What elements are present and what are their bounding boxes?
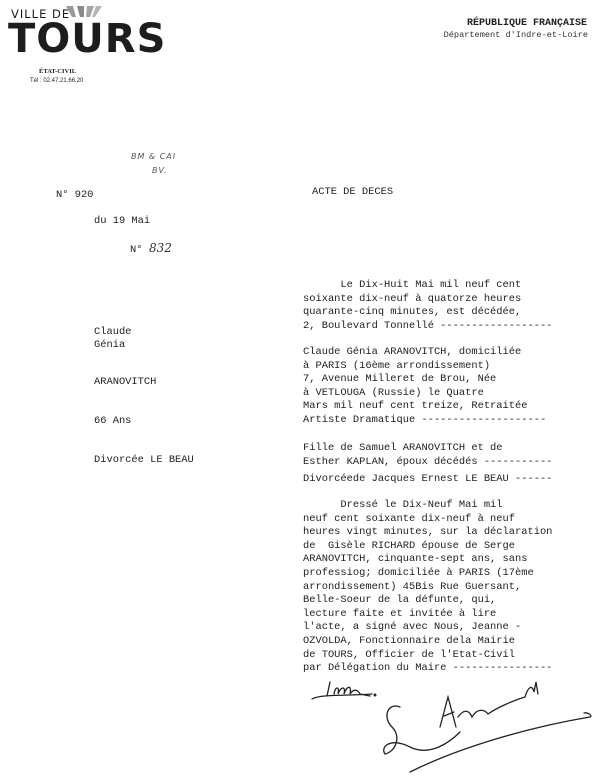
text-line: Artiste Dramatique -------------------- [303, 414, 600, 428]
declarant-signature [384, 682, 591, 772]
handwritten-note-2: BV. [152, 166, 168, 175]
text-line: de TOURS, Officier de l'Etat-Civil [303, 649, 600, 663]
text-line: soixante dix-neuf à quatorze heures [303, 293, 600, 307]
signatures [300, 672, 600, 779]
text-line: Divorcéede Jacques Ernest LE BEAU ------ [303, 473, 600, 487]
republic-heading: RÉPUBLIQUE FRANÇAISE [467, 18, 587, 29]
handwritten-note: BM & CAI [131, 152, 176, 161]
text-line: Claude Génia ARANOVITCH, domiciliée [303, 346, 600, 360]
text-line: à VETLOUGA (Russie) le Quatre [303, 387, 600, 401]
deceased-second-name: Génia [94, 339, 125, 353]
text-line: heures vingt minutes, sur la déclaration [303, 526, 600, 540]
record-date: du 19 Mai [94, 215, 150, 229]
paragraph-divorce: Divorcéede Jacques Ernest LE BEAU ------ [303, 473, 600, 487]
text-line: Le Dix-Huit Mai mil neuf cent [303, 279, 600, 293]
deceased-first-name: Claude [94, 326, 131, 340]
text-line: Esther KAPLAN, époux décédés ----------- [303, 456, 600, 470]
text-line: lecture faite et invitée à lire [303, 608, 600, 622]
deceased-age: 66 Ans [94, 415, 131, 429]
handwritten-number-prefix: N° [130, 244, 142, 258]
deceased-marital-status: Divorcée LE BEAU [94, 454, 194, 468]
record-number: N° 920 [56, 189, 93, 203]
text-line: Belle-Soeur de la défunte, qui, [303, 594, 600, 608]
text-line: 2, Boulevard Tonnellé ------------------ [303, 320, 600, 334]
handwritten-number: 832 [149, 241, 172, 255]
text-line: OZVOLDA, Fonctionnaire dela Mairie [303, 635, 600, 649]
text-line: l'acte, a signé avec Nous, Jeanne - [303, 621, 600, 635]
text-line: à PARIS (16ème arrondissement) [303, 360, 600, 374]
paragraph-declaration: Dressé le Dix-Neuf Mai mil neuf cent soi… [303, 499, 600, 676]
paragraph-death: Le Dix-Huit Mai mil neuf cent soixante d… [303, 279, 600, 333]
text-line: Fille de Samuel ARANOVITCH et de [303, 442, 600, 456]
service-name: ÉTAT-CIVIL [39, 68, 76, 75]
text-line: quarante-cinq minutes, est décédée, [303, 306, 600, 320]
officer-signature [312, 682, 376, 699]
text-line: ARANOVITCH, cinquante-sept ans, sans [303, 553, 600, 567]
service-phone: Tél : 02.47.21.66.20 [30, 78, 83, 84]
paragraph-parents: Fille de Samuel ARANOVITCH et de Esther … [303, 442, 600, 469]
text-line: de Gisèle RICHARD épouse de Serge [303, 540, 600, 554]
text-line: professiog; domiciliée à PARIS (17ème [303, 567, 600, 581]
text-line: arrondissement) 45Bis Rue Guersant, [303, 581, 600, 595]
paragraph-identity: Claude Génia ARANOVITCH, domiciliée à PA… [303, 346, 600, 428]
deceased-surname: ARANOVITCH [94, 376, 156, 390]
text-line: Mars mil neuf cent treize, Retraitée [303, 400, 600, 414]
text-line: 7, Avenue Milleret de Brou, Née [303, 373, 600, 387]
logo-city-name: TOURS [8, 17, 166, 61]
document-title: ACTE DE DECES [312, 186, 393, 200]
text-line: neuf cent soixante dix-neuf à neuf [303, 513, 600, 527]
text-line: Dressé le Dix-Neuf Mai mil [303, 499, 600, 513]
department-heading: Département d'Indre-et-Loire [444, 30, 588, 40]
